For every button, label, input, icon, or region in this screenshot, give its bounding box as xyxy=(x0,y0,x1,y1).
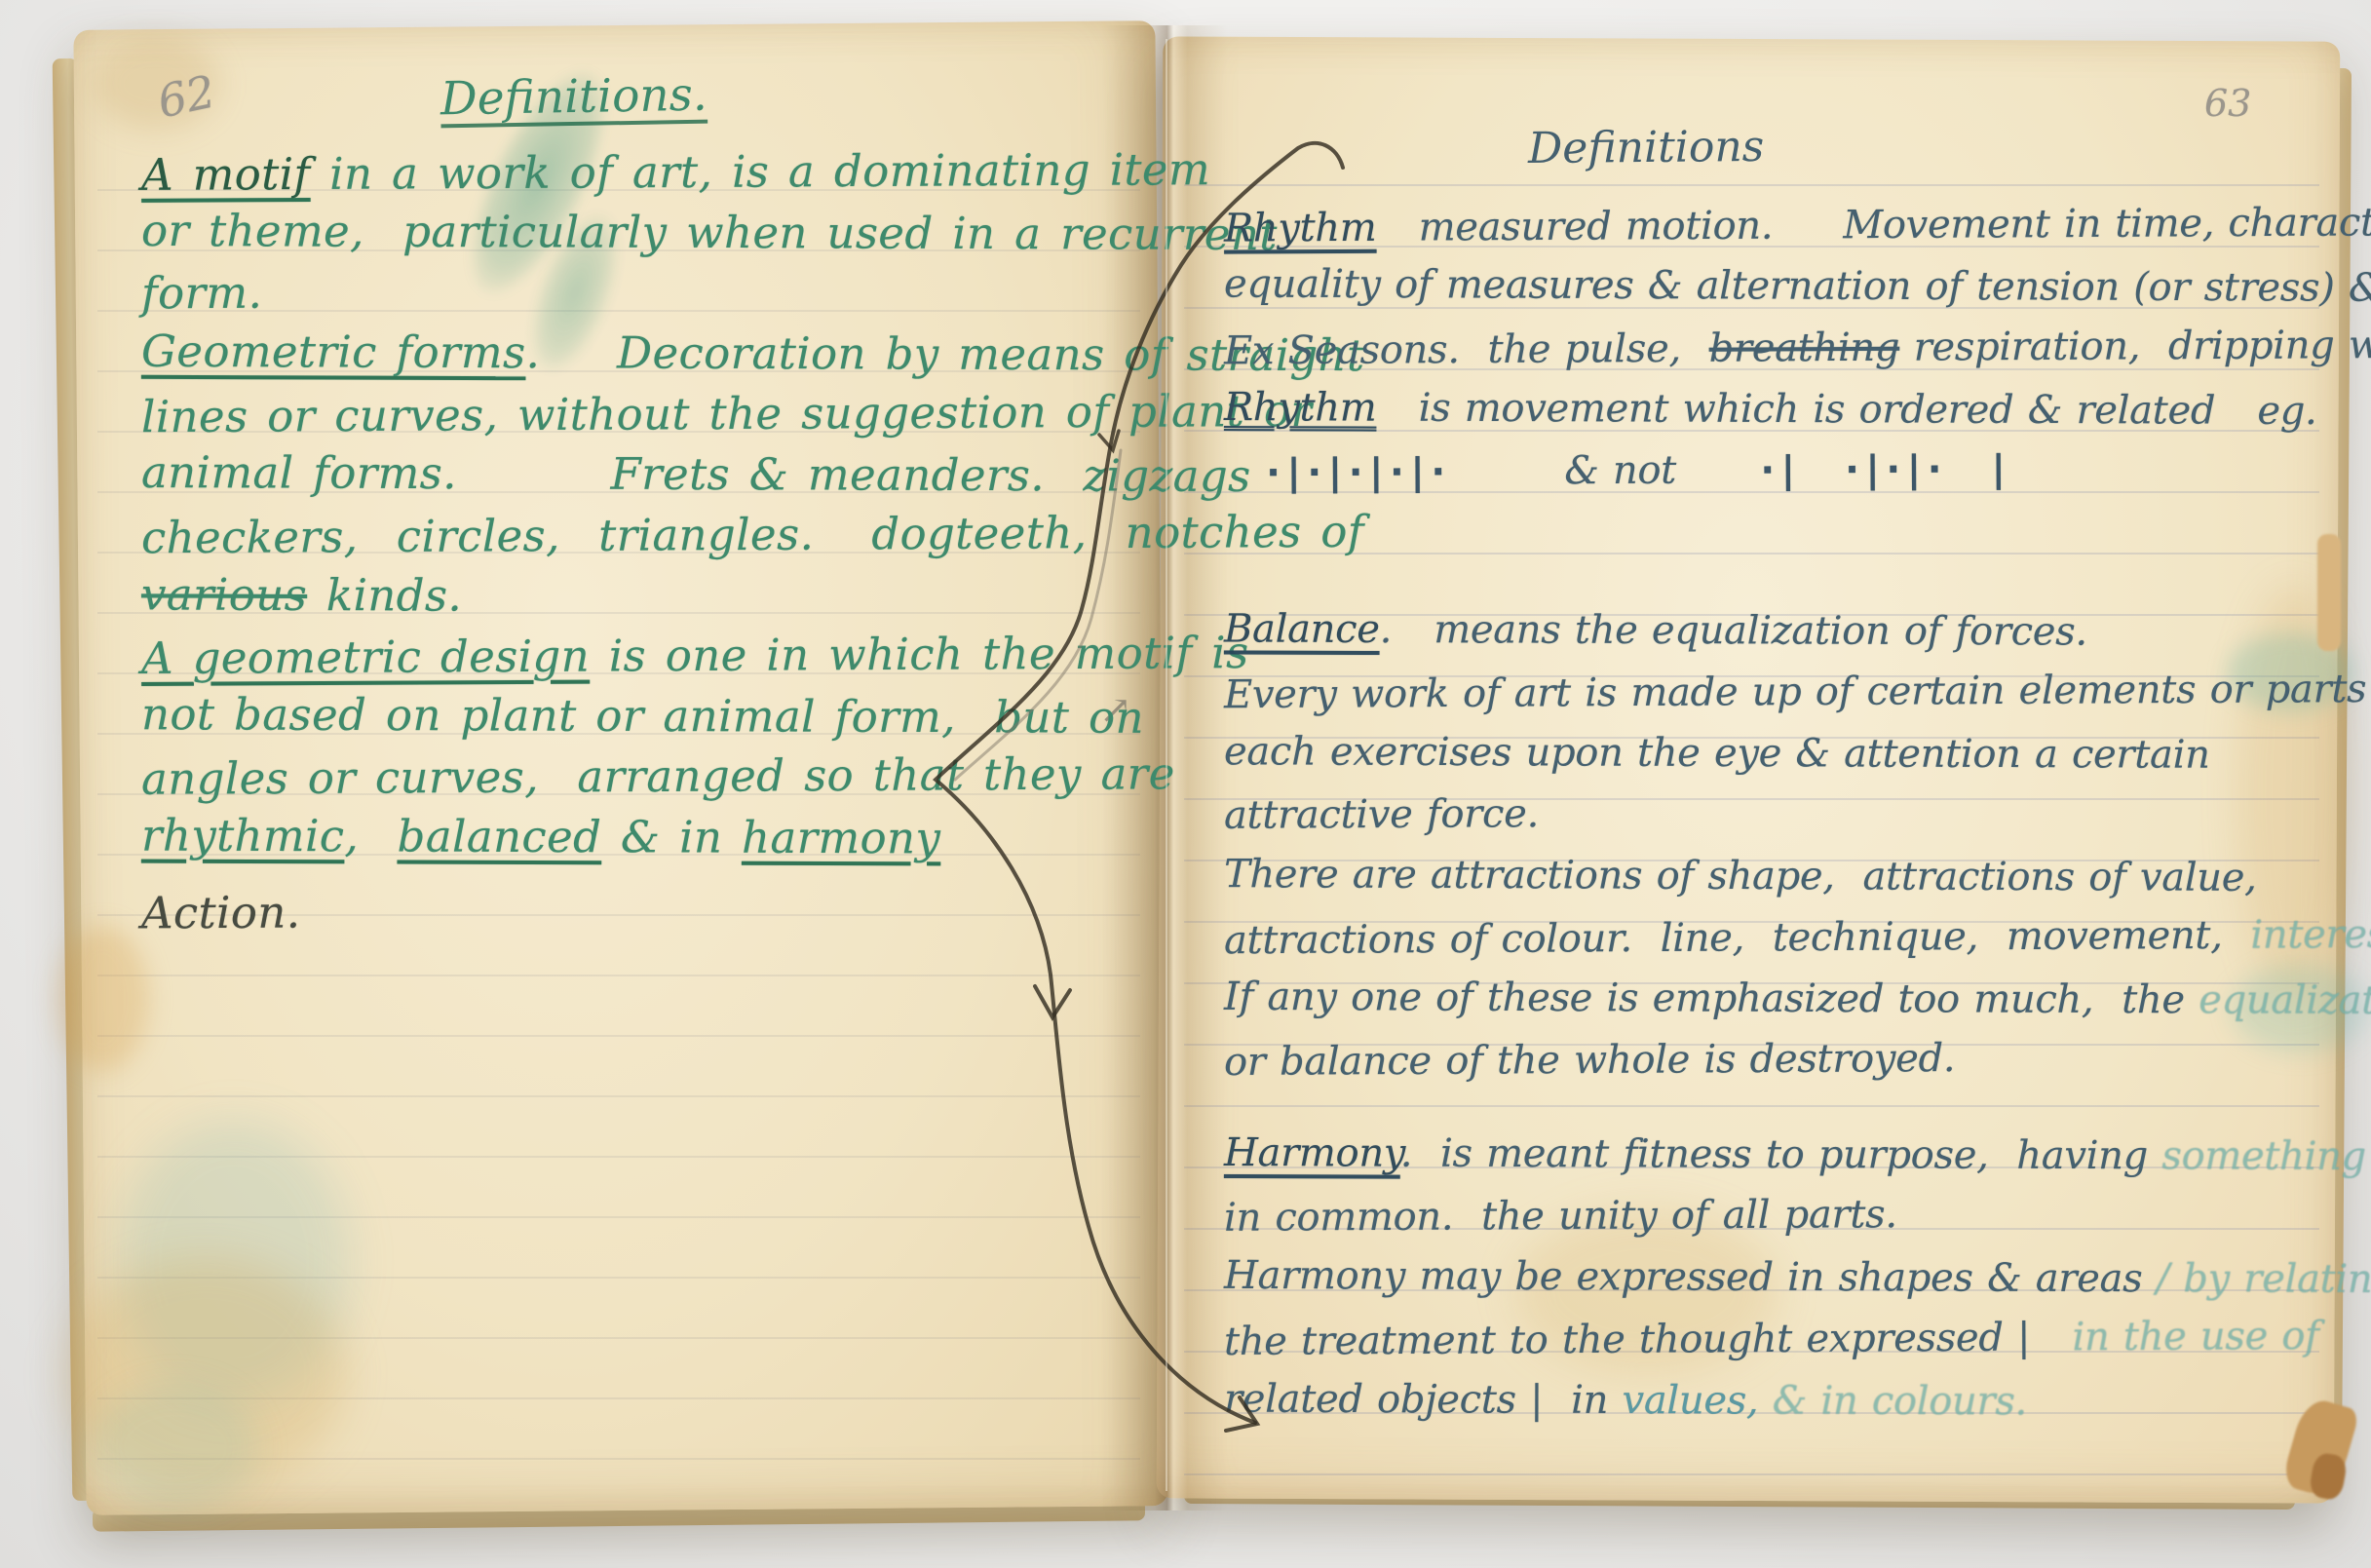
handwriting-line: in common. the unity of all parts. xyxy=(1224,1193,1897,1242)
handwriting-segment: something xyxy=(2161,1134,2366,1180)
handwriting-right-page: Rhythm measured motion. Movement in time… xyxy=(0,0,2371,1568)
handwriting-segment: & not xyxy=(1452,447,1761,494)
handwriting-segment: ·| ·|·|· | xyxy=(1760,447,2011,491)
handwriting-segment: & in colours. xyxy=(1773,1379,2027,1425)
handwriting-line: Harmony may be expressed in shapes & are… xyxy=(1224,1253,2371,1302)
handwriting-line: If any one of these is emphasized too mu… xyxy=(1224,975,2371,1023)
fold-highlight xyxy=(1166,39,1167,1491)
handwriting-segment: Harmony xyxy=(1224,1130,1400,1176)
handwriting-line: ·|·|·|·|· & not ·| ·|·|· | xyxy=(1224,446,2012,495)
handwriting-segment: attractive force. xyxy=(1224,791,1539,838)
handwriting-line: Rhythm is movement which is ordered & re… xyxy=(1224,385,2317,434)
handwriting-segment: values, xyxy=(1622,1378,1772,1424)
handwriting-segment: Ex Seasons. the pulse, xyxy=(1224,326,1709,374)
handwriting-segment: . means the equalization of forces. xyxy=(1380,607,2087,655)
handwriting-segment: If any one of these is emphasized too mu… xyxy=(1224,975,2199,1022)
handwriting-line: equality of measures & alternation of te… xyxy=(1224,262,2371,312)
handwriting-segment: equality of measures & alternation of te… xyxy=(1224,262,2371,312)
notebook-photo: Definitions. Definitions 62 63 ↗ A motif… xyxy=(0,0,2371,1568)
handwriting-line: attractive force. xyxy=(1224,791,1539,838)
handwriting-segment: breathing xyxy=(1709,325,1900,371)
handwriting-line: Rhythm measured motion. Movement in time… xyxy=(1224,199,2371,250)
handwriting-segment: the treatment to the thought expressed | xyxy=(1224,1316,2073,1365)
handwriting-segment: Every work of art is made up of certain … xyxy=(1224,667,2371,717)
handwriting-line: Balance. means the equalization of force… xyxy=(1224,606,2087,654)
handwriting-line: attractions of colour. line, technique, … xyxy=(1224,912,2371,964)
handwriting-segment: / by relating xyxy=(2157,1257,2371,1303)
handwriting-line: related objects | in values, & in colour… xyxy=(1224,1377,2027,1425)
handwriting-segment: respiration, dripping water. xyxy=(1899,323,2371,370)
handwriting-segment: interest & xyxy=(2250,912,2371,958)
handwriting-segment: There are attractions of shape, attracti… xyxy=(1224,852,2257,900)
handwriting-line: or balance of the whole is destroyed. xyxy=(1224,1036,1955,1085)
handwriting-line: the treatment to the thought expressed |… xyxy=(1224,1314,2319,1364)
handwriting-line: each exercises upon the eye & attention … xyxy=(1224,729,2210,778)
handwriting-segment: measured motion. Movement in time, chara… xyxy=(1376,199,2371,249)
handwriting-segment: or balance of the whole is destroyed. xyxy=(1224,1036,1955,1085)
handwriting-segment: related objects | in xyxy=(1224,1377,1623,1423)
handwriting-segment: Balance xyxy=(1224,606,1380,652)
handwriting-segment: in the use of xyxy=(2072,1314,2318,1359)
handwriting-segment: ·|·|·|·|· xyxy=(1266,450,1452,494)
handwriting-line: Ex Seasons. the pulse, breathing respira… xyxy=(1224,323,2371,374)
handwriting-segment: Rhythm xyxy=(1224,385,1377,431)
handwriting-segment: attractions of colour. line, technique, … xyxy=(1224,913,2251,964)
handwriting-segment: Rhythm xyxy=(1224,206,1377,251)
handwriting-line: There are attractions of shape, attracti… xyxy=(1224,852,2257,900)
handwriting-segment: equalization xyxy=(2199,977,2371,1023)
handwriting-segment: in common. the unity of all parts. xyxy=(1224,1193,1897,1242)
handwriting-segment: . is meant fitness to purpose, having xyxy=(1400,1131,2162,1179)
handwriting-line: Every work of art is made up of certain … xyxy=(1224,667,2371,717)
handwriting-segment xyxy=(1224,450,1266,495)
handwriting-segment: Harmony may be expressed in shapes & are… xyxy=(1224,1253,2157,1301)
handwriting-line: Harmony. is meant fitness to purpose, ha… xyxy=(1224,1130,2366,1179)
handwriting-segment: each exercises upon the eye & attention … xyxy=(1224,729,2210,778)
handwriting-segment: is movement which is ordered & related e… xyxy=(1376,386,2316,434)
